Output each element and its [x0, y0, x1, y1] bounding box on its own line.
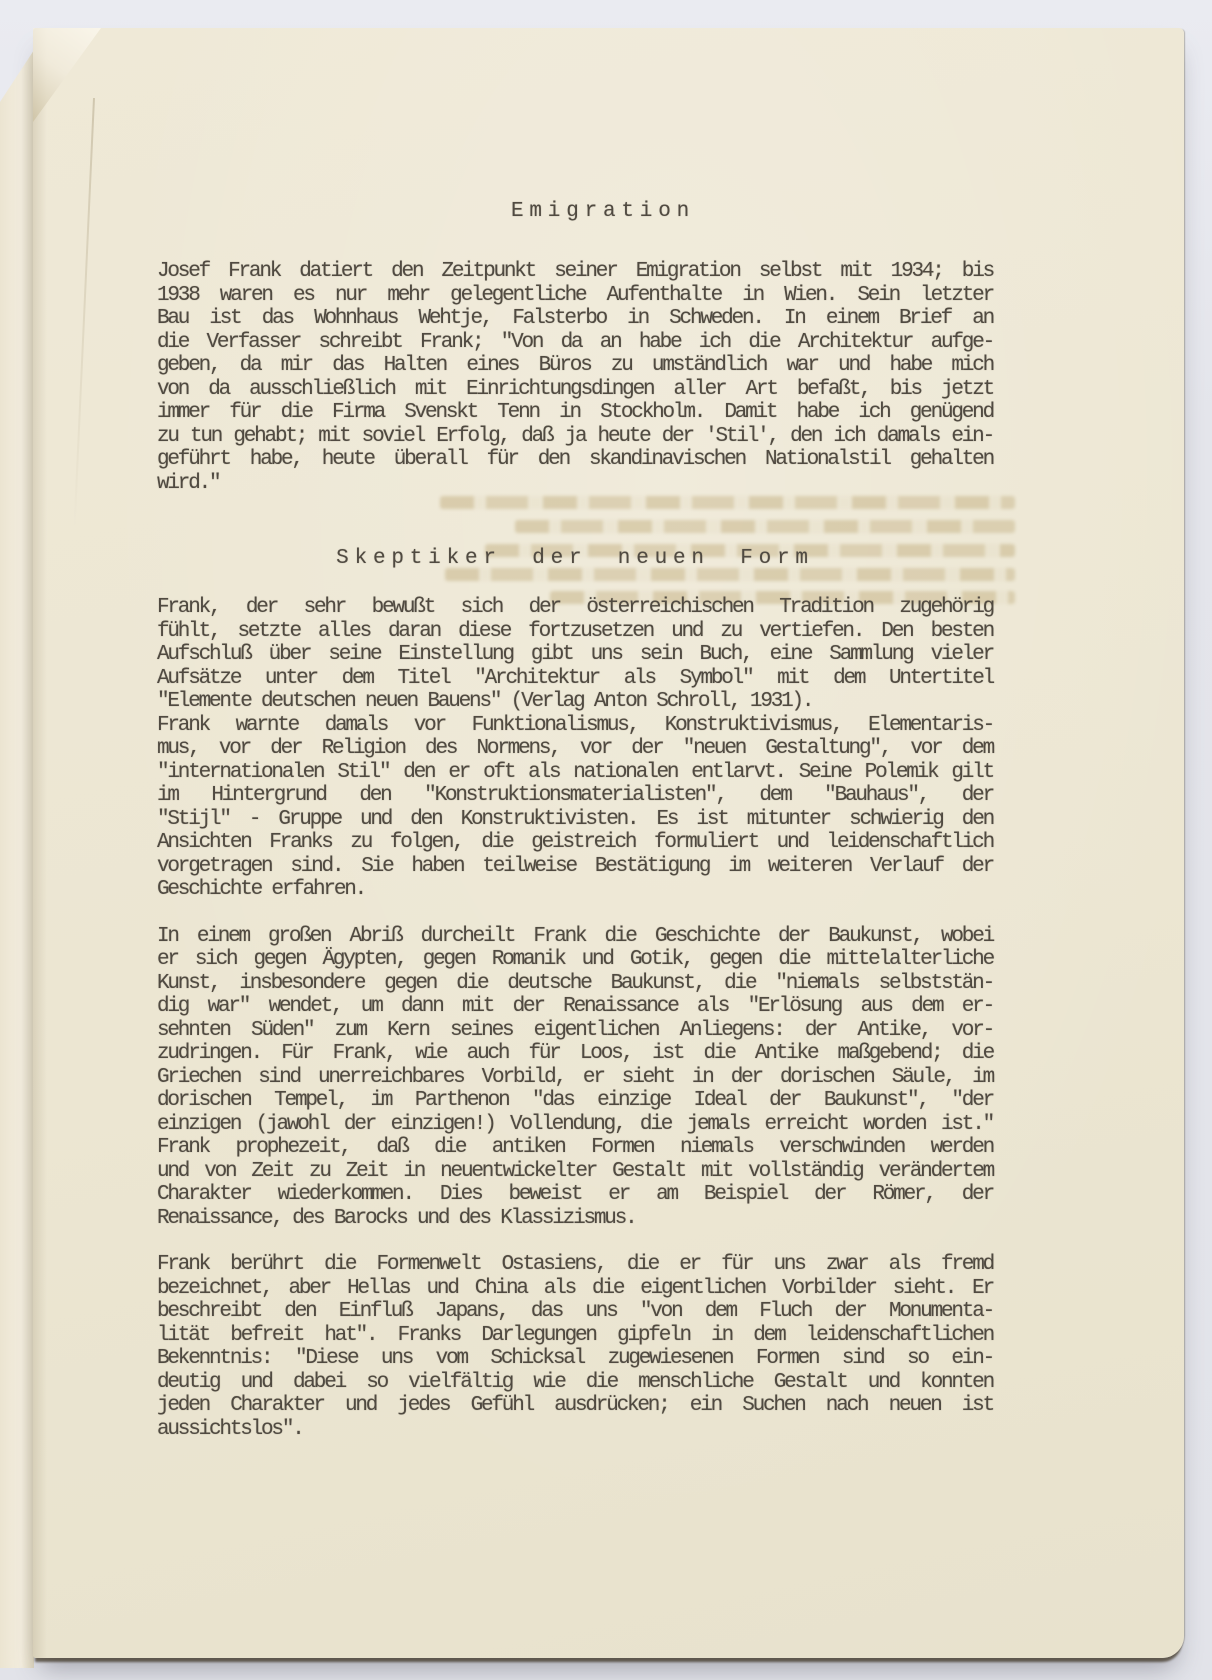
text-line: dorischen Tempel, im Parthenon "das einz…	[157, 1089, 993, 1113]
text-line: Ansichten Franks zu folgen, die geistrei…	[157, 831, 993, 855]
text-line: beschreibt den Einfluß Japans, das uns "…	[157, 1300, 993, 1324]
text-line: Frank, der sehr bewußt sich der österrei…	[157, 596, 993, 620]
text-line: Frank berührt die Formenwelt Ostasiens, …	[157, 1253, 993, 1277]
text-line: Griechen sind unerreichbares Vorbild, er…	[157, 1066, 993, 1090]
text-line: von da ausschließlich mit Einrichtungsdi…	[157, 378, 993, 402]
text-line: bezeichnet, aber Hellas und China als di…	[157, 1277, 993, 1301]
text-line: er sich gegen Ägypten, gegen Romanik und…	[157, 948, 993, 972]
text-line: "Stijl" - Gruppe und den Konstruktiviste…	[157, 808, 993, 832]
text-line: wird."	[157, 472, 993, 496]
corner-fold	[33, 28, 101, 122]
text-line: einzigen (jawohl der einzigen!) Vollendu…	[157, 1113, 993, 1137]
text-line: lität befreit hat". Franks Darlegungen g…	[157, 1324, 993, 1348]
text-line: geben, da mir das Halten eines Büros zu …	[157, 354, 993, 378]
text-line: die Verfasser schreibt Frank; "Von da an…	[157, 331, 993, 355]
text-line: "Elemente deutschen neuen Bauens" (Verla…	[157, 690, 993, 714]
text-line: im Hintergrund den "Konstruktionsmateria…	[157, 784, 993, 808]
paragraph: Josef Frank datiert den Zeitpunkt seiner…	[157, 260, 993, 495]
text-line: In einem großen Abriß durcheilt Frank di…	[157, 925, 993, 949]
text-line: Bau ist das Wohnhaus Wehtje, Falsterbo i…	[157, 307, 993, 331]
text-line: vorgetragen sind. Sie haben teilweise Be…	[157, 855, 993, 879]
section-emigration: Emigration Josef Frank datiert den Zeitp…	[157, 200, 993, 495]
section-heading: Emigration	[185, 200, 1021, 224]
text-line: dig war" wendet, um dann mit der Renaiss…	[157, 995, 993, 1019]
text-line: "internationalen Stil" den er oft als na…	[157, 761, 993, 785]
text-line: fühlt, setzte alles daran diese fortzuse…	[157, 620, 993, 644]
text-line: mus, vor der Religion des Normens, vor d…	[157, 737, 993, 761]
text-line: zu tun gehabt; mit soviel Erfolg, daß ja…	[157, 425, 993, 449]
text-line: deutig und dabei so vielfältig wie die m…	[157, 1371, 993, 1395]
text-line: Frank warnte damals vor Funktionalismus,…	[157, 714, 993, 738]
paragraph: Frank, der sehr bewußt sich der österrei…	[157, 596, 993, 902]
text-line: und von Zeit zu Zeit in neuentwickelter …	[157, 1160, 993, 1184]
text-line: aussichtslos".	[157, 1418, 993, 1442]
text-line: Aufschluß über seine Einstellung gibt un…	[157, 643, 993, 667]
text-line: Frank prophezeit, daß die antiken Formen…	[157, 1136, 993, 1160]
document-content: Emigration Josef Frank datiert den Zeitp…	[157, 28, 993, 1441]
paragraph: In einem großen Abriß durcheilt Frank di…	[157, 925, 993, 1231]
paragraph: Frank berührt die Formenwelt Ostasiens, …	[157, 1253, 993, 1441]
text-line: Renaissance, des Barocks und des Klassiz…	[157, 1207, 993, 1231]
text-line: Josef Frank datiert den Zeitpunkt seiner…	[157, 260, 993, 284]
text-line: jeden Charakter und jedes Gefühl ausdrüc…	[157, 1394, 993, 1418]
text-line: 1938 waren es nur mehr gelegentliche Auf…	[157, 284, 993, 308]
text-line: Geschichte erfahren.	[157, 878, 993, 902]
text-line: immer für die Firma Svenskt Tenn in Stoc…	[157, 401, 993, 425]
text-line: Kunst, insbesondere gegen die deutsche B…	[157, 972, 993, 996]
section-skeptiker-der-neuen-form: Skeptiker der neuen Form Frank, der sehr…	[157, 547, 993, 1441]
document-page: Emigration Josef Frank datiert den Zeitp…	[33, 28, 1184, 1658]
section-heading: Skeptiker der neuen Form	[157, 547, 993, 571]
facing-page-edge	[0, 50, 34, 1668]
scan-background: Emigration Josef Frank datiert den Zeitp…	[0, 0, 1212, 1680]
fold-crease	[73, 98, 95, 528]
text-line: geführt habe, heute überall für den skan…	[157, 448, 993, 472]
text-line: Bekenntnis: "Diese uns vom Schicksal zug…	[157, 1347, 993, 1371]
text-line: sehnten Süden" zum Kern seines eigentlic…	[157, 1019, 993, 1043]
text-line: zudringen. Für Frank, wie auch für Loos,…	[157, 1042, 993, 1066]
text-line: Charakter wiederkommen. Dies beweist er …	[157, 1183, 993, 1207]
text-line: Aufsätze unter dem Titel "Architektur al…	[157, 667, 993, 691]
